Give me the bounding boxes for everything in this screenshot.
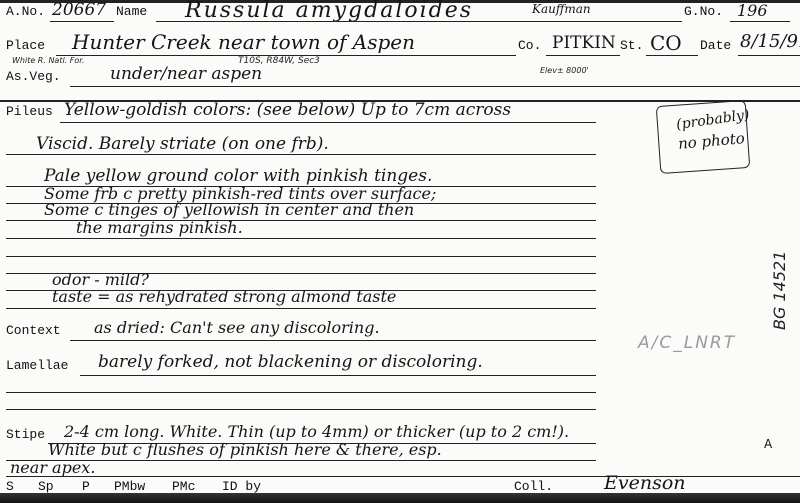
pileus-rule-2 xyxy=(6,154,596,155)
forest-note: White R. Natl. For. xyxy=(12,56,84,65)
context-value: as dried: Can't see any discoloring. xyxy=(94,318,380,337)
footer-p-label: P xyxy=(82,479,90,494)
pileus-line-1: Yellow-goldish colors: (see below) Up to… xyxy=(64,100,511,120)
specimen-card: A.No. 20667 Name Russula amygdaloides Ka… xyxy=(0,0,800,503)
gno-label: G.No. xyxy=(684,4,723,19)
footer-sp-label: Sp xyxy=(38,479,54,494)
name-label: Name xyxy=(116,4,147,19)
context-label: Context xyxy=(6,323,61,338)
footer-coll-label: Coll. xyxy=(514,479,553,494)
gno-rule xyxy=(730,21,790,22)
county-value: PITKIN xyxy=(552,33,616,53)
species-name: Russula amygdaloides xyxy=(185,0,473,23)
lamellae-rule-2 xyxy=(6,392,596,393)
accession-rule xyxy=(50,21,114,22)
accession-stamp: A/C_LNRT xyxy=(638,333,736,353)
pileus-line-5: Some c tinges of yellowish in center and… xyxy=(44,200,414,219)
lamellae-value: barely forked, not blackening or discolo… xyxy=(98,352,483,372)
letter-mark: A xyxy=(764,437,772,451)
stipe-line-3: near apex. xyxy=(10,458,95,477)
pileus-line-6: the margins pinkish. xyxy=(76,218,243,237)
context-rule xyxy=(70,340,596,341)
footer-s-label: S xyxy=(6,479,14,494)
catalog-number: BG 14521 xyxy=(770,251,789,330)
county-rule xyxy=(546,55,620,56)
place-value: Hunter Creek near town of Aspen xyxy=(72,30,415,54)
gno-value: 196 xyxy=(737,1,768,20)
pileus-rule-7 xyxy=(6,256,596,257)
elevation-note: Elev± 8000' xyxy=(540,66,589,75)
lamellae-label: Lamellae xyxy=(6,358,68,373)
card-bottom-edge xyxy=(0,493,800,503)
place-label: Place xyxy=(6,38,45,53)
date-label: Date xyxy=(700,38,731,53)
accession-label: A.No. xyxy=(6,4,45,19)
state-value: CO xyxy=(650,31,682,55)
taste-rule xyxy=(6,308,596,309)
stipe-line-1: 2-4 cm long. White. Thin (up to 4mm) or … xyxy=(64,422,569,441)
veg-label: As.Veg. xyxy=(6,69,61,84)
footer-idby-label: ID by xyxy=(222,479,261,494)
pileus-line-3: Pale yellow ground color with pinkish ti… xyxy=(44,166,432,186)
veg-rule xyxy=(70,86,800,87)
name-rule xyxy=(156,21,682,22)
pileus-rule-1 xyxy=(60,122,596,123)
date-value: 8/15/91 xyxy=(740,31,800,52)
veg-value: under/near aspen xyxy=(110,64,262,84)
species-authority: Kauffman xyxy=(532,2,591,16)
stipe-line-2: White but c flushes of pinkish here & th… xyxy=(48,440,442,459)
pileus-label: Pileus xyxy=(6,104,53,119)
taste-line: taste = as rehydrated strong almond tast… xyxy=(52,287,396,306)
lamellae-rule-3 xyxy=(6,409,596,410)
lamellae-rule xyxy=(80,375,596,376)
collector-name: Evenson xyxy=(604,472,686,494)
accession-number: 20667 xyxy=(52,0,106,20)
pileus-line-2: Viscid. Barely striate (on one frb). xyxy=(36,134,329,154)
footer-pmc-label: PMc xyxy=(172,479,195,494)
state-rule xyxy=(646,55,698,56)
state-label: St. xyxy=(620,38,643,53)
footer-pmbw-label: PMbw xyxy=(114,479,145,494)
county-label: Co. xyxy=(518,38,541,53)
pileus-rule-6 xyxy=(6,238,596,239)
date-rule xyxy=(738,55,800,56)
stipe-label: Stipe xyxy=(6,427,45,442)
